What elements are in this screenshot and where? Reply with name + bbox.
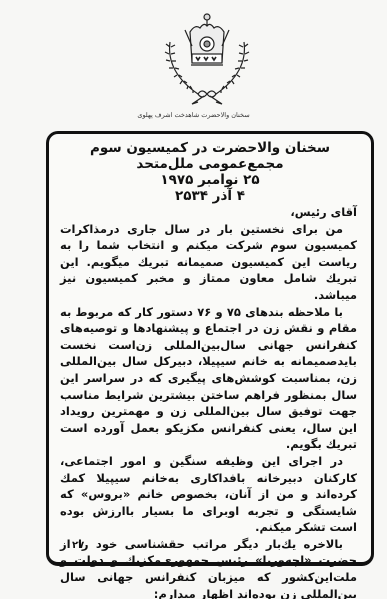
salutation: آقای رئیس، — [60, 204, 357, 221]
paragraph: با ملاحظه بندهای ۷۵ و ۷۶ دستور کار که مر… — [60, 304, 357, 453]
paragraph: بالاخره یك‌بار دیگر مراتب حقشناسی خود را… — [60, 536, 357, 599]
paragraph: من برای نخستین بار در سال جاری درمذاکرات… — [60, 221, 357, 304]
paragraph: در اجرای این وظیفه سنگین و امور اجتماعی،… — [60, 453, 357, 536]
title-line: سخنان والاحضرت در کمیسیون سوم مجمع‌عمومی… — [49, 140, 371, 172]
crown-emblem-icon — [160, 12, 252, 106]
speech-body: آقای رئیس، من برای نخستین بار در سال جار… — [60, 204, 357, 599]
speech-title: سخنان والاحضرت در کمیسیون سوم مجمع‌عمومی… — [49, 140, 371, 204]
title-date-persian: ۴ آذر ۲۵۳۴ — [49, 188, 371, 204]
emblem-caption: سخنان والاحضرت شاهدخت اشرف پهلوی — [0, 111, 387, 119]
title-date-gregorian: ۲۵ نوامبر ۱۹۷۵ — [49, 172, 371, 188]
page-number: ۲۷ — [72, 540, 84, 551]
